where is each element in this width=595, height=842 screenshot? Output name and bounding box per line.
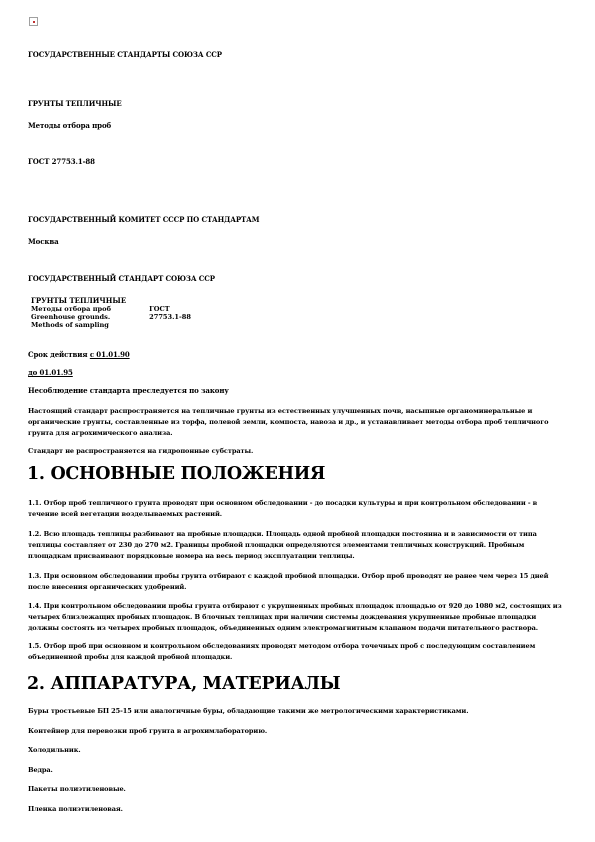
scope-paragraph: Настоящий стандарт распространяется на т… (28, 406, 568, 439)
en-subtitle: Methods of sampling (30, 321, 127, 329)
validity-label: Срок действия (28, 350, 90, 359)
en-title: Greenhouse grounds. (30, 313, 127, 321)
validity-to: до 01.01.95 (28, 368, 73, 377)
ru-title: ГРУНТЫ ТЕПЛИЧНЫЕ (30, 297, 127, 305)
standard-heading: ГОСУДАРСТВЕННЫЙ СТАНДАРТ СОЮЗА ССР (28, 274, 215, 283)
section-heading-2: 2. АППАРАТУРА, МАТЕРИАЛЫ (27, 674, 340, 694)
broken-image-icon (29, 17, 38, 26)
validity-line: Срок действия с 01.01.90 (28, 350, 130, 359)
gost-code: 27753.1-88 (127, 313, 192, 321)
city: Москва (28, 237, 59, 246)
doc-title: ГРУНТЫ ТЕПЛИЧНЫЕ (28, 99, 122, 108)
ru-subtitle: Методы отбора проб (30, 305, 127, 313)
paragraph-2-2: Контейнер для перевозки проб грунта в аг… (28, 726, 568, 737)
paragraph-2-6: Пленка полиэтиленовая. (28, 804, 568, 815)
paragraph-2-4: Ведра. (28, 765, 568, 776)
section-heading-1: 1. ОСНОВНЫЕ ПОЛОЖЕНИЯ (27, 464, 325, 484)
paragraph-1-5: 1.5. Отбор проб при основном и контрольн… (28, 641, 568, 663)
committee: ГОСУДАРСТВЕННЫЙ КОМИТЕТ СССР ПО СТАНДАРТ… (28, 215, 259, 224)
paragraph-1-1: 1.1. Отбор проб тепличного грунта провод… (28, 498, 568, 520)
doc-subtitle: Методы отбора проб (28, 121, 111, 130)
gost-number: ГОСТ 27753.1-88 (28, 157, 95, 166)
org-line: ГОСУДАРСТВЕННЫЕ СТАНДАРТЫ СОЮЗА ССР (28, 50, 222, 59)
paragraph-2-1: Буры тростьевые БП 25-15 или аналогичные… (28, 706, 568, 717)
paragraph-1-3: 1.3. При основном обследовании пробы гру… (28, 571, 568, 593)
title-block-table: ГРУНТЫ ТЕПЛИЧНЫЕ Методы отбора проб ГОСТ… (30, 297, 192, 329)
gost-label: ГОСТ (127, 305, 192, 313)
penalty-note: Несоблюдение стандарта преследуется по з… (28, 386, 229, 395)
paragraph-2-3: Холодильник. (28, 745, 568, 756)
exclusion-paragraph: Стандарт не распространяется на гидропон… (28, 446, 568, 457)
paragraph-1-4: 1.4. При контрольном обследовании пробы … (28, 601, 568, 634)
paragraph-1-2: 1.2. Всю площадь теплицы разбивают на пр… (28, 529, 568, 562)
validity-from: с 01.01.90 (90, 350, 130, 359)
paragraph-2-5: Пакеты полиэтиленовые. (28, 784, 568, 795)
